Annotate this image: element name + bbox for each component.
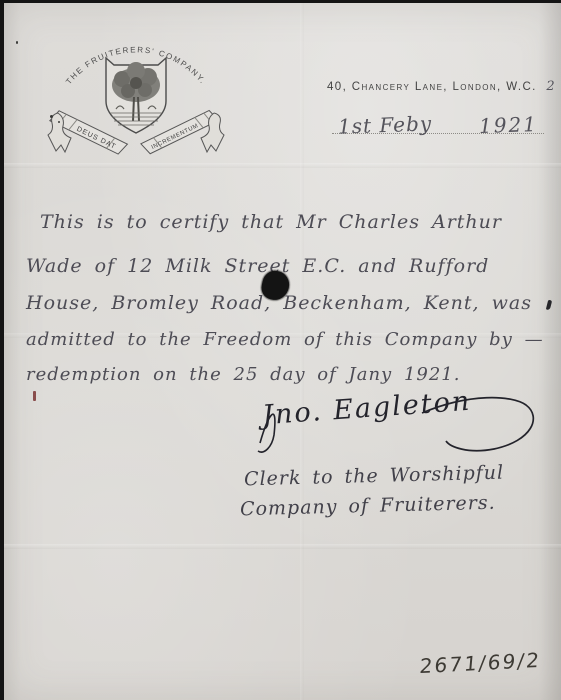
scanned-letter-photo: THE FRUITERERS' COMPANY. xyxy=(0,0,561,700)
clerk-title-line-1: Clerk to the Worshipful xyxy=(244,462,505,491)
fold-crease-vertical xyxy=(300,3,304,700)
body-line-4: admitted to the Freedom of this Company … xyxy=(26,329,551,350)
ink-speck xyxy=(50,115,53,118)
crest-shield xyxy=(106,58,166,133)
ink-speck xyxy=(16,41,18,44)
edge-ink-mark xyxy=(546,300,552,311)
red-check-mark xyxy=(33,391,36,401)
body-line-3: House, Bromley Road, Beckenham, Kent, wa… xyxy=(26,292,551,314)
ink-speck xyxy=(58,121,60,123)
body-line-5: redemption on the 25 day of Jany 1921. xyxy=(26,364,551,385)
date-year: 1921 xyxy=(479,112,539,138)
postal-district: 2 xyxy=(546,79,554,94)
letter-paper: THE FRUITERERS' COMPANY. xyxy=(4,3,561,700)
date-line: 1st Feby 1921 xyxy=(332,103,544,134)
body-line-2: Wade of 12 Milk Street E.C. and Rufford xyxy=(26,255,551,277)
clerk-title-line-2: Company of Fruiterers. xyxy=(240,492,496,521)
fold-crease xyxy=(4,544,561,549)
clerk-signature: Jno. Eagleton xyxy=(261,386,472,432)
archive-reference-number: 2671/69/2 xyxy=(419,648,542,678)
address-text: 40, Chancery Lane, London, W.C. xyxy=(327,81,537,93)
body-line-1: This is to certify that Mr Charles Arthu… xyxy=(40,211,561,233)
date-day-month: 1st Feby xyxy=(338,111,433,138)
letterhead-address: 40, Chancery Lane, London, W.C. 2 xyxy=(327,79,557,94)
fruiterers-company-crest: THE FRUITERERS' COMPANY. xyxy=(44,13,228,165)
